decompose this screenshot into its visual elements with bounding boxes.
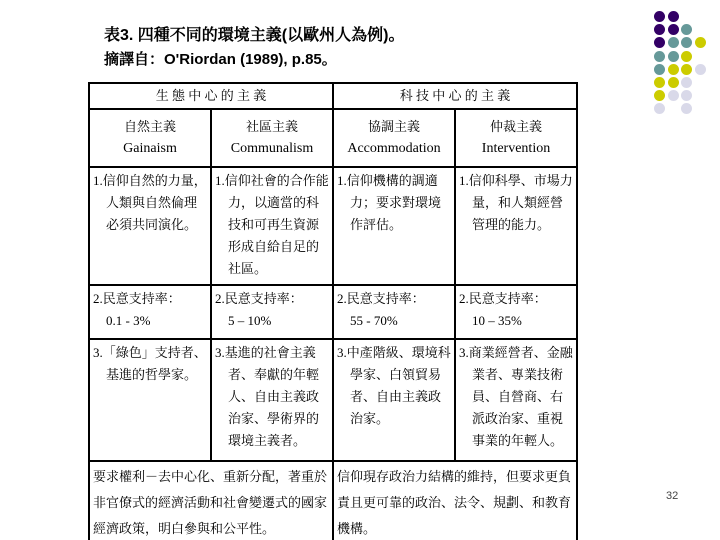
decor-dot [681, 37, 692, 48]
cell-belief-gainaism: 1.信仰自然的力量，人類與自然倫理必須共同演化。 [89, 167, 211, 285]
col-header-accommodation-zh: 協調主義 [337, 119, 451, 134]
cell-supporters-intervention: 3.商業經營者、金融業者、專業技術員、自營商、右派政治家、重視事業的年輕人。 [455, 339, 577, 461]
decor-dot [654, 37, 665, 48]
support-value: 55 - 70% [337, 310, 451, 332]
decor-dot [654, 90, 665, 101]
decor-dot [681, 90, 692, 101]
decor-dot [695, 37, 706, 48]
page-number: 32 [666, 490, 678, 502]
decor-dot [681, 64, 692, 75]
col-header-communalism-zh: 社區主義 [215, 119, 329, 134]
decor-dot [668, 11, 679, 22]
decor-dot [681, 51, 692, 62]
slide-subtitle: 摘譯自：O'Riordan (1989), p.85。 [104, 48, 337, 69]
support-value: 10 – 35% [459, 310, 573, 332]
group-header-technocentric: 科 技 中 心 的 主 義 [333, 83, 577, 109]
supporters-text: 3.基進的社會主義者、奉獻的年輕人、自由主義政治家、學術界的環境主義者。 [215, 342, 329, 452]
decor-dot [654, 11, 665, 22]
support-label: 2.民意支持率： [459, 288, 573, 310]
decor-dot [654, 24, 665, 35]
belief-text: 1.信仰機構的調適力；要求對環境作評估。 [337, 170, 451, 236]
beliefs-row: 1.信仰自然的力量，人類與自然倫理必須共同演化。 1.信仰社會的合作能力，以適當… [89, 167, 577, 285]
decor-dot [668, 24, 679, 35]
cell-demands-ecocentric: 要求權利－去中心化、重新分配，著重於非官僚式的經濟活動和社會變遷式的國家經濟政策… [89, 461, 333, 540]
cell-support-accommodation: 2.民意支持率： 55 - 70% [333, 285, 455, 339]
decor-dot [681, 103, 692, 114]
support-label: 2.民意支持率： [215, 288, 329, 310]
support-rate-row: 2.民意支持率： 0.1 - 3% 2.民意支持率： 5 – 10% 2.民意支… [89, 285, 577, 339]
col-header-gainaism: 自然主義 Gainaism [89, 109, 211, 167]
belief-text: 1.信仰自然的力量，人類與自然倫理必須共同演化。 [93, 170, 207, 236]
cell-belief-accommodation: 1.信仰機構的調適力；要求對環境作評估。 [333, 167, 455, 285]
supporters-text: 3.「綠色」支持者、基進的哲學家。 [93, 342, 207, 386]
decor-dot [668, 51, 679, 62]
cell-support-intervention: 2.民意支持率： 10 – 35% [455, 285, 577, 339]
support-label: 2.民意支持率： [93, 288, 207, 310]
presentation-slide: 表3. 四種不同的環境主義(以歐州人為例)。 摘譯自：O'Riordan (19… [0, 0, 720, 540]
support-value: 0.1 - 3% [93, 310, 207, 332]
slide-title: 表3. 四種不同的環境主義(以歐州人為例)。 [104, 22, 404, 45]
cell-belief-intervention: 1.信仰科學、市場力量，和人類經營管理的能力。 [455, 167, 577, 285]
cell-demands-technocentric: 信仰現存政治力結構的維持，但要求更負責且更可靠的政治、法令、規劃、和教育機構。 [333, 461, 577, 540]
col-header-accommodation: 協調主義 Accommodation [333, 109, 455, 167]
demands-row: 要求權利－去中心化、重新分配，著重於非官僚式的經濟活動和社會變遷式的國家經濟政策… [89, 461, 577, 540]
decorative-dot-grid [654, 11, 710, 123]
decor-dot [668, 64, 679, 75]
group-header-row: 生 態 中 心 的 主 義 科 技 中 心 的 主 義 [89, 83, 577, 109]
group-header-ecocentric: 生 態 中 心 的 主 義 [89, 83, 333, 109]
support-value: 5 – 10% [215, 310, 329, 332]
cell-support-communalism: 2.民意支持率： 5 – 10% [211, 285, 333, 339]
supporters-text: 3.中產階級、環境科學家、白領貿易者、自由主義政治家。 [337, 342, 451, 430]
cell-supporters-communalism: 3.基進的社會主義者、奉獻的年輕人、自由主義政治家、學術界的環境主義者。 [211, 339, 333, 461]
decor-dot [654, 64, 665, 75]
cell-supporters-gainaism: 3.「綠色」支持者、基進的哲學家。 [89, 339, 211, 461]
supporters-row: 3.「綠色」支持者、基進的哲學家。 3.基進的社會主義者、奉獻的年輕人、自由主義… [89, 339, 577, 461]
decor-dot [668, 37, 679, 48]
col-header-communalism-en: Communalism [215, 141, 329, 157]
cell-support-gainaism: 2.民意支持率： 0.1 - 3% [89, 285, 211, 339]
decor-dot [654, 77, 665, 88]
decor-dot [668, 77, 679, 88]
col-header-intervention: 仲裁主義 Intervention [455, 109, 577, 167]
col-header-intervention-en: Intervention [459, 141, 573, 157]
support-label: 2.民意支持率： [337, 288, 451, 310]
cell-supporters-accommodation: 3.中產階級、環境科學家、白領貿易者、自由主義政治家。 [333, 339, 455, 461]
supporters-text: 3.商業經營者、金融業者、專業技術員、自營商、右派政治家、重視事業的年輕人。 [459, 342, 573, 452]
col-header-intervention-zh: 仲裁主義 [459, 119, 573, 134]
decor-dot [695, 64, 706, 75]
decor-dot [681, 77, 692, 88]
col-header-gainaism-zh: 自然主義 [93, 119, 207, 134]
col-header-accommodation-en: Accommodation [337, 141, 451, 157]
cell-belief-communalism: 1.信仰社會的合作能力，以適當的科技和可再生資源形成自給自足的社區。 [211, 167, 333, 285]
col-header-communalism: 社區主義 Communalism [211, 109, 333, 167]
decor-dot [681, 24, 692, 35]
environmentalism-table: 生 態 中 心 的 主 義 科 技 中 心 的 主 義 自然主義 Gainais… [88, 82, 578, 540]
decor-dot [654, 51, 665, 62]
col-header-gainaism-en: Gainaism [93, 141, 207, 157]
decor-dot [668, 90, 679, 101]
belief-text: 1.信仰社會的合作能力，以適當的科技和可再生資源形成自給自足的社區。 [215, 170, 329, 280]
decor-dot [654, 103, 665, 114]
column-header-row: 自然主義 Gainaism 社區主義 Communalism 協調主義 Acco… [89, 109, 577, 167]
belief-text: 1.信仰科學、市場力量，和人類經營管理的能力。 [459, 170, 573, 236]
